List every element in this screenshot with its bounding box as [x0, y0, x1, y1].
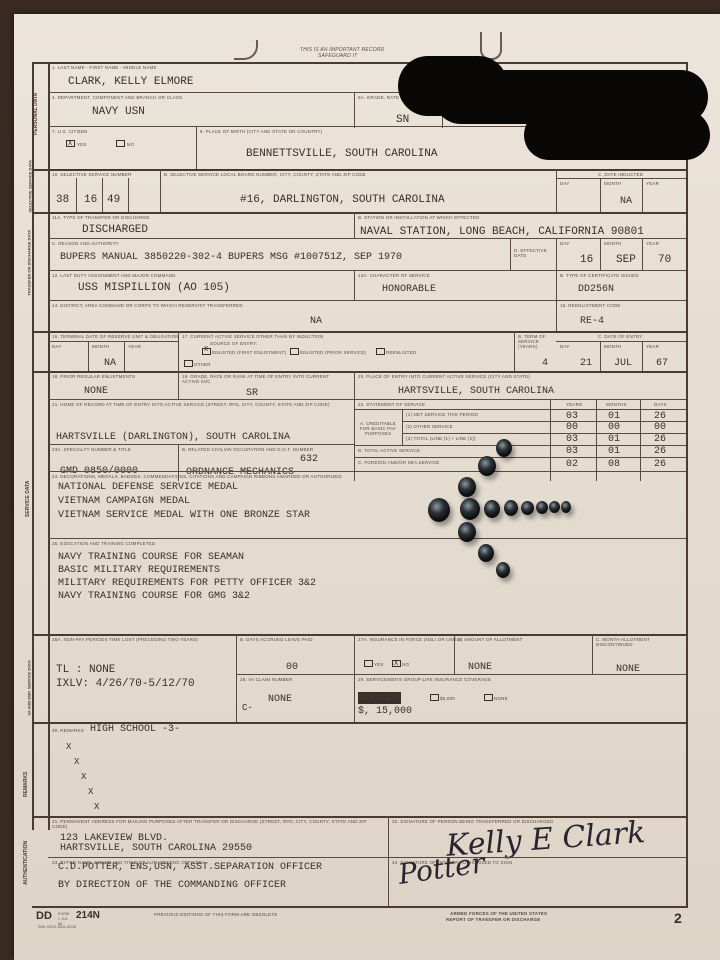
department-label: 4. DEPARTMENT, COMPONENT AND BRANCH OR C…	[52, 95, 182, 100]
rule	[236, 634, 237, 722]
home-record-value: HARTSVILLE (DARLINGTON), SOUTH CAROLINA	[56, 432, 290, 444]
va-claim-value: NONE	[268, 694, 292, 706]
education-item: BASIC MILITARY REQUIREMENTS	[58, 565, 220, 577]
last-duty-value: USS MISPILLION (AO 105)	[78, 282, 230, 294]
bead-icon	[549, 501, 560, 513]
obsolete-notice: PREVIOUS EDITIONS OF THIS FORM ARE OBSOL…	[154, 912, 278, 917]
rule	[48, 300, 686, 301]
other-label: OTHER	[194, 362, 211, 367]
month-label: MONTH	[604, 241, 622, 246]
rule	[76, 178, 77, 212]
statement-label: 22. STATEMENT OF SERVICE	[358, 402, 425, 407]
check-mark: X	[394, 658, 398, 670]
last-duty-label: 12. LAST DUTY ASSIGNMENT AND MAJOR COMMA…	[52, 273, 176, 278]
rule	[48, 399, 686, 400]
allotment-discontinued-label: c. MONTH ALLOTMENT DISCONTINUED	[596, 637, 682, 647]
rule	[596, 399, 597, 481]
prior-enlistments-label: 18. PRIOR REGULAR ENLISTMENTS	[52, 374, 135, 379]
insurance-yes-checkbox[interactable]	[364, 660, 373, 667]
bead-icon	[496, 562, 510, 578]
ss-board-value: #16, DARLINGTON, SOUTH CAROLINA	[240, 194, 445, 206]
col-days: DAYS	[654, 402, 667, 407]
rule	[88, 341, 89, 371]
form-prefix: DD	[36, 910, 52, 922]
source-entry-label: 17. CURRENT ACTIVE SERVICE OTHER THAN BY…	[182, 334, 323, 339]
sgli-value: $, 15,000	[358, 706, 412, 718]
date-entry-label: c. DATE OF ENTRY	[598, 334, 643, 339]
bead-icon	[478, 544, 494, 562]
rule	[592, 634, 593, 674]
check-mark: X	[68, 138, 72, 150]
time-lost-line-1: TL : NONE	[56, 664, 115, 676]
leave-paid-label: b. DAYS ACCRUED LEAVE PAID	[240, 637, 313, 642]
other-checkbox[interactable]	[184, 360, 193, 367]
service-days: 26	[654, 459, 666, 471]
month-label: MONTH	[92, 344, 110, 349]
place-entry-value: HARTSVILLE, SOUTH CAROLINA	[398, 386, 554, 398]
sgli-5000-checkbox[interactable]	[430, 694, 439, 701]
insurance-label: 27a. INSURANCE IN FORCE (NSLI or USGLI)	[358, 637, 463, 642]
remarks-value: HIGH SCHOOL -3-	[90, 724, 180, 736]
department-value: NAVY USN	[92, 106, 145, 118]
effective-date-label: d. EFFECTIVE DATE	[514, 248, 554, 258]
bead-icon	[460, 498, 480, 520]
year-label: YEAR	[128, 344, 141, 349]
citizen-no-label: NO	[127, 142, 134, 147]
rule	[556, 238, 557, 270]
service-years: 02	[566, 459, 578, 471]
terminal-date-label: 16. TERMINAL DATE OF RESERVE UNIT & OBLI…	[52, 334, 179, 339]
reason-label: c. REASON AND AUTHORITY	[52, 241, 119, 246]
form-number: 214N	[76, 910, 100, 922]
allotment-amount-value: NONE	[468, 662, 492, 674]
insurance-no-checkbox[interactable]: X	[392, 660, 401, 667]
station-label: b. STATION OR INSTALLATION AT WHICH EFFE…	[358, 215, 480, 220]
reason-value: BUPERS MANUAL 3850220-302-4 BUPERS MSG #…	[60, 252, 402, 264]
dd214-document: THIS IS AN IMPORTANT RECORD SAFEGUARD IT…	[14, 14, 720, 960]
date-inducted-month: NA	[620, 196, 632, 208]
effective-month: SEP	[616, 254, 636, 266]
bead-icon	[478, 456, 496, 476]
rule	[354, 371, 355, 481]
rule	[48, 444, 354, 445]
service-months: 08	[608, 459, 620, 471]
name-label: 1. LAST NAME - FIRST NAME - MIDDLE NAME	[52, 65, 157, 70]
creditable-label: a. CREDITABLE FOR BASIC PAY PURPOSES	[358, 421, 398, 436]
service-row-label: (1) NET SERVICE THIS PERIOD	[406, 412, 478, 417]
frame-top	[32, 62, 688, 64]
sgli-label: 29. SERVICEMEN'S GROUP LIFE INSURANCE CO…	[358, 677, 491, 682]
rule	[160, 169, 161, 213]
rule	[556, 341, 686, 342]
rule	[402, 409, 403, 445]
birthplace-label: 8. PLACE OF BIRTH (City and State or Cou…	[200, 129, 322, 134]
punch-mark-left	[234, 40, 258, 60]
rule	[354, 634, 355, 722]
remarks-label: 30. REMARKS	[52, 728, 84, 733]
rule	[642, 341, 643, 371]
sgli-5000-label: $5,000	[440, 696, 455, 701]
reenlisted-checkbox[interactable]	[376, 348, 385, 355]
rule	[510, 238, 511, 270]
section-remarks: REMARKS	[23, 757, 29, 797]
va-claim-label: 28. VA CLAIM NUMBER	[240, 677, 292, 682]
rule	[454, 634, 455, 674]
time-lost-line-2: IXLV: 4/26/70-5/12/70	[56, 678, 195, 690]
sgli-none-label: NONE	[494, 696, 508, 701]
decorations-label: 24. DECORATIONS, MEDALS, BADGES, COMMEND…	[52, 474, 342, 479]
term-label: b. TERM OF SERVICE (Years)	[518, 334, 554, 349]
rule	[178, 371, 179, 399]
sgli-none-checkbox[interactable]	[484, 694, 493, 701]
effective-day: 16	[580, 254, 593, 266]
enlisted-prior-label: ENLISTED (Prior Service)	[300, 350, 366, 355]
redaction-mark	[524, 110, 710, 160]
station-value: NAVAL STATION, LONG BEACH, CALIFORNIA 90…	[360, 226, 644, 238]
col-months: MONTHS	[606, 402, 627, 407]
remark-mark: X	[74, 756, 79, 768]
decoration-item: NATIONAL DEFENSE SERVICE MEDAL	[58, 482, 238, 494]
character-value: HONORABLE	[382, 284, 436, 296]
civilian-occupation-label: b. RELATED CIVILIAN OCCUPATION AND D.O.T…	[182, 447, 332, 452]
bead-icon	[458, 522, 476, 542]
day-label: DAY	[560, 241, 570, 246]
rule	[556, 169, 557, 213]
service-row-label: b. TOTAL ACTIVE SERVICE	[358, 448, 420, 453]
enlisted-first-checkbox[interactable]: X	[202, 348, 211, 355]
section-va-service: VA AND EMP. SERVICE DATA	[27, 650, 32, 716]
rule	[32, 816, 688, 818]
rule	[48, 538, 686, 539]
birthplace-value: BENNETTSVILLE, SOUTH CAROLINA	[246, 148, 437, 160]
remark-mark: X	[88, 786, 93, 798]
year-label: YEAR	[646, 181, 659, 186]
bead-icon	[458, 477, 476, 497]
bead-icon	[521, 501, 534, 515]
bead-icon	[428, 498, 450, 522]
rule	[48, 270, 686, 271]
citizen-yes-label: YES	[77, 142, 87, 147]
rule	[354, 445, 686, 446]
name-value: CLARK, KELLY ELMORE	[68, 76, 193, 88]
grade-entry-label: 19. GRADE, RATE OR RANK AT TIME OF ENTRY…	[182, 374, 342, 384]
rule	[642, 178, 643, 212]
col-years: YEARS	[566, 402, 582, 407]
rule	[354, 212, 355, 238]
entry-month: JUL	[614, 358, 632, 370]
rule	[556, 178, 686, 179]
citizen-label: 7. U.S. CITIZEN	[52, 129, 88, 134]
education-item: NAVY TRAINING COURSE FOR SEAMAN	[58, 552, 244, 564]
form-title-line-2: REPORT OF TRANSFER OR DISCHARGE	[446, 917, 540, 922]
signature-officer: Potter	[396, 846, 487, 891]
decoration-item: VIETNAM SERVICE MEDAL WITH ONE BRONZE ST…	[58, 510, 310, 522]
rule	[48, 857, 686, 858]
citizen-no-checkbox[interactable]	[116, 140, 125, 147]
day-label: DAY	[560, 181, 570, 186]
time-lost-label: 26a. NON-PAY PERIODS TIME LOST (Precedin…	[52, 637, 232, 642]
service-row-label: c. FOREIGN AND/OR SEA SERVICE	[358, 460, 440, 465]
rule	[48, 471, 686, 472]
rule	[600, 341, 601, 371]
rule	[354, 409, 686, 410]
frame-right	[686, 62, 688, 908]
service-row-label: (2) OTHER SERVICE	[406, 424, 453, 429]
home-record-label: 21. HOME OF RECORD AT TIME OF ENTRY INTO…	[52, 402, 342, 407]
district-value: NA	[310, 316, 322, 328]
grade-value: SN	[396, 114, 409, 126]
frame-inner-left	[48, 62, 50, 830]
effective-year: 70	[658, 254, 671, 266]
education-item: MILITARY REQUIREMENTS FOR PETTY OFFICER …	[58, 578, 316, 590]
rule	[48, 341, 178, 342]
rule	[550, 399, 551, 481]
ssn-part-2: 16	[84, 194, 97, 206]
rule	[354, 457, 686, 458]
district-label: 14. DISTRICT, AREA COMMAND OR CORPS TO W…	[52, 303, 243, 308]
bead-icon	[536, 501, 548, 514]
reenlisted-label: REENLISTED	[386, 350, 416, 355]
rule	[32, 634, 688, 636]
citizen-yes-checkbox[interactable]: X	[66, 140, 75, 147]
entry-year: 67	[656, 358, 668, 370]
year-label: YEAR	[646, 241, 659, 246]
officer-line-2: BY DIRECTION OF THE COMMANDING OFFICER	[58, 880, 286, 892]
notice-line-2: SAFEGUARD IT	[318, 54, 357, 59]
day-label: DAY	[52, 344, 62, 349]
decoration-item: VIETNAM CAMPAIGN MEDAL	[58, 496, 190, 508]
reenlistment-label: 15. REENLISTMENT CODE	[560, 303, 621, 308]
section-authentication: AUTHENTICATION	[23, 825, 29, 885]
rule	[600, 238, 601, 270]
enlisted-first-label: ENLISTED (First Enlistment)	[212, 350, 286, 355]
sgli-struck: XXXXXXXX	[358, 692, 401, 704]
grade-label: 5a. GRADE, RATE	[358, 95, 399, 100]
ss-board-label: b. SELECTIVE SERVICE LOCAL BOARD NUMBER,…	[164, 172, 366, 177]
specialty-label: 23a. SPECIALTY NUMBER & TITLE	[52, 447, 131, 452]
allotment-amount-label: b. AMOUNT OF ALLOTMENT	[458, 637, 523, 642]
rule	[128, 178, 129, 212]
transfer-type-label: 11a. TYPE OF TRANSFER OR DISCHARGE	[52, 215, 150, 220]
rule	[32, 169, 688, 171]
rule	[48, 238, 686, 239]
transfer-type-value: DISCHARGED	[82, 224, 148, 236]
section-service-data: SERVICE DATA	[25, 457, 31, 517]
rule	[32, 371, 688, 373]
rule	[642, 238, 643, 270]
remark-mark: X	[81, 771, 86, 783]
entry-day: 21	[580, 358, 592, 370]
section-selective-service: SELECTIVE SERVICE DATA	[28, 153, 33, 213]
rule	[354, 92, 355, 128]
rule	[402, 421, 686, 422]
rule	[178, 331, 179, 371]
section-transfer-discharge: TRANSFER OR DISCHARGE DATA	[27, 206, 32, 296]
bead-icon	[504, 500, 518, 516]
rule	[32, 331, 688, 333]
form-title-line-1: ARMED FORCES OF THE UNITED STATES	[450, 911, 547, 916]
frame-bottom	[32, 906, 688, 908]
stock-number: S/N 0102-003-0200	[38, 924, 76, 929]
day-label: DAY	[560, 344, 570, 349]
place-entry-label: 20. PLACE OF ENTRY INTO CURRENT ACTIVE S…	[358, 374, 530, 379]
month-label: MONTH	[604, 181, 622, 186]
character-label: 13a. CHARACTER OF SERVICE	[358, 273, 430, 278]
education-label: 25. EDUCATION AND TRAINING COMPLETED	[52, 541, 155, 546]
ssn-part-1: 38	[56, 194, 69, 206]
remark-mark: X	[66, 741, 71, 753]
civilian-dot-number: 632	[300, 454, 318, 466]
leave-paid-value: 00	[286, 662, 298, 674]
officer-line-1: C.D.POTTER, ENS,USN, ASST.SEPARATION OFF…	[58, 862, 322, 874]
bead-icon	[561, 501, 571, 513]
insurance-no-label: NO	[402, 662, 409, 667]
rule	[32, 212, 688, 214]
rule	[354, 270, 355, 300]
year-label: YEAR	[646, 344, 659, 349]
rule	[124, 341, 125, 371]
certificate-label: b. TYPE OF CERTIFICATE ISSUED	[560, 273, 639, 278]
date-inducted-label: c. DATE INDUCTED	[598, 172, 643, 177]
rule	[236, 674, 686, 675]
check-mark: X	[204, 344, 208, 356]
service-row-label: (3) TOTAL (Line (1) + Line (2))	[406, 436, 476, 441]
va-claim-prefix: C-	[242, 702, 253, 714]
address-label: 31. PERMANENT ADDRESS FOR MAILING PURPOS…	[52, 819, 382, 829]
rule	[640, 399, 641, 481]
certificate-value: DD256N	[578, 284, 614, 296]
ssn-label: 10. SELECTIVE SERVICE NUMBER	[52, 172, 132, 177]
bead-icon	[484, 500, 500, 518]
enlisted-prior-checkbox[interactable]	[290, 348, 299, 355]
terminal-month: NA	[104, 358, 116, 370]
rule	[402, 433, 686, 434]
section-personal-data: PERSONAL DATA	[33, 75, 39, 135]
rule	[514, 331, 515, 371]
reenlistment-value: RE-4	[580, 316, 604, 328]
remark-mark: X	[94, 801, 99, 813]
insurance-yes-label: YES	[374, 662, 384, 667]
rule	[102, 178, 103, 212]
term-value: 4	[542, 358, 548, 370]
prior-enlistments-value: NONE	[84, 386, 108, 398]
bead-icon	[496, 439, 512, 457]
month-label: MONTH	[604, 344, 622, 349]
education-item: NAVY TRAINING COURSE FOR GMG 3&2	[58, 591, 250, 603]
rule	[556, 270, 557, 332]
address-line-2: HARTSVILLE, SOUTH CAROLINA 29550	[60, 843, 252, 855]
rule	[388, 816, 389, 906]
rule	[196, 126, 197, 170]
rule	[600, 178, 601, 212]
ssn-part-3: 49	[107, 194, 120, 206]
copy-number: 2	[674, 912, 682, 924]
source-entry-sublabel: SOURCE OF ENTRY:	[210, 341, 257, 346]
